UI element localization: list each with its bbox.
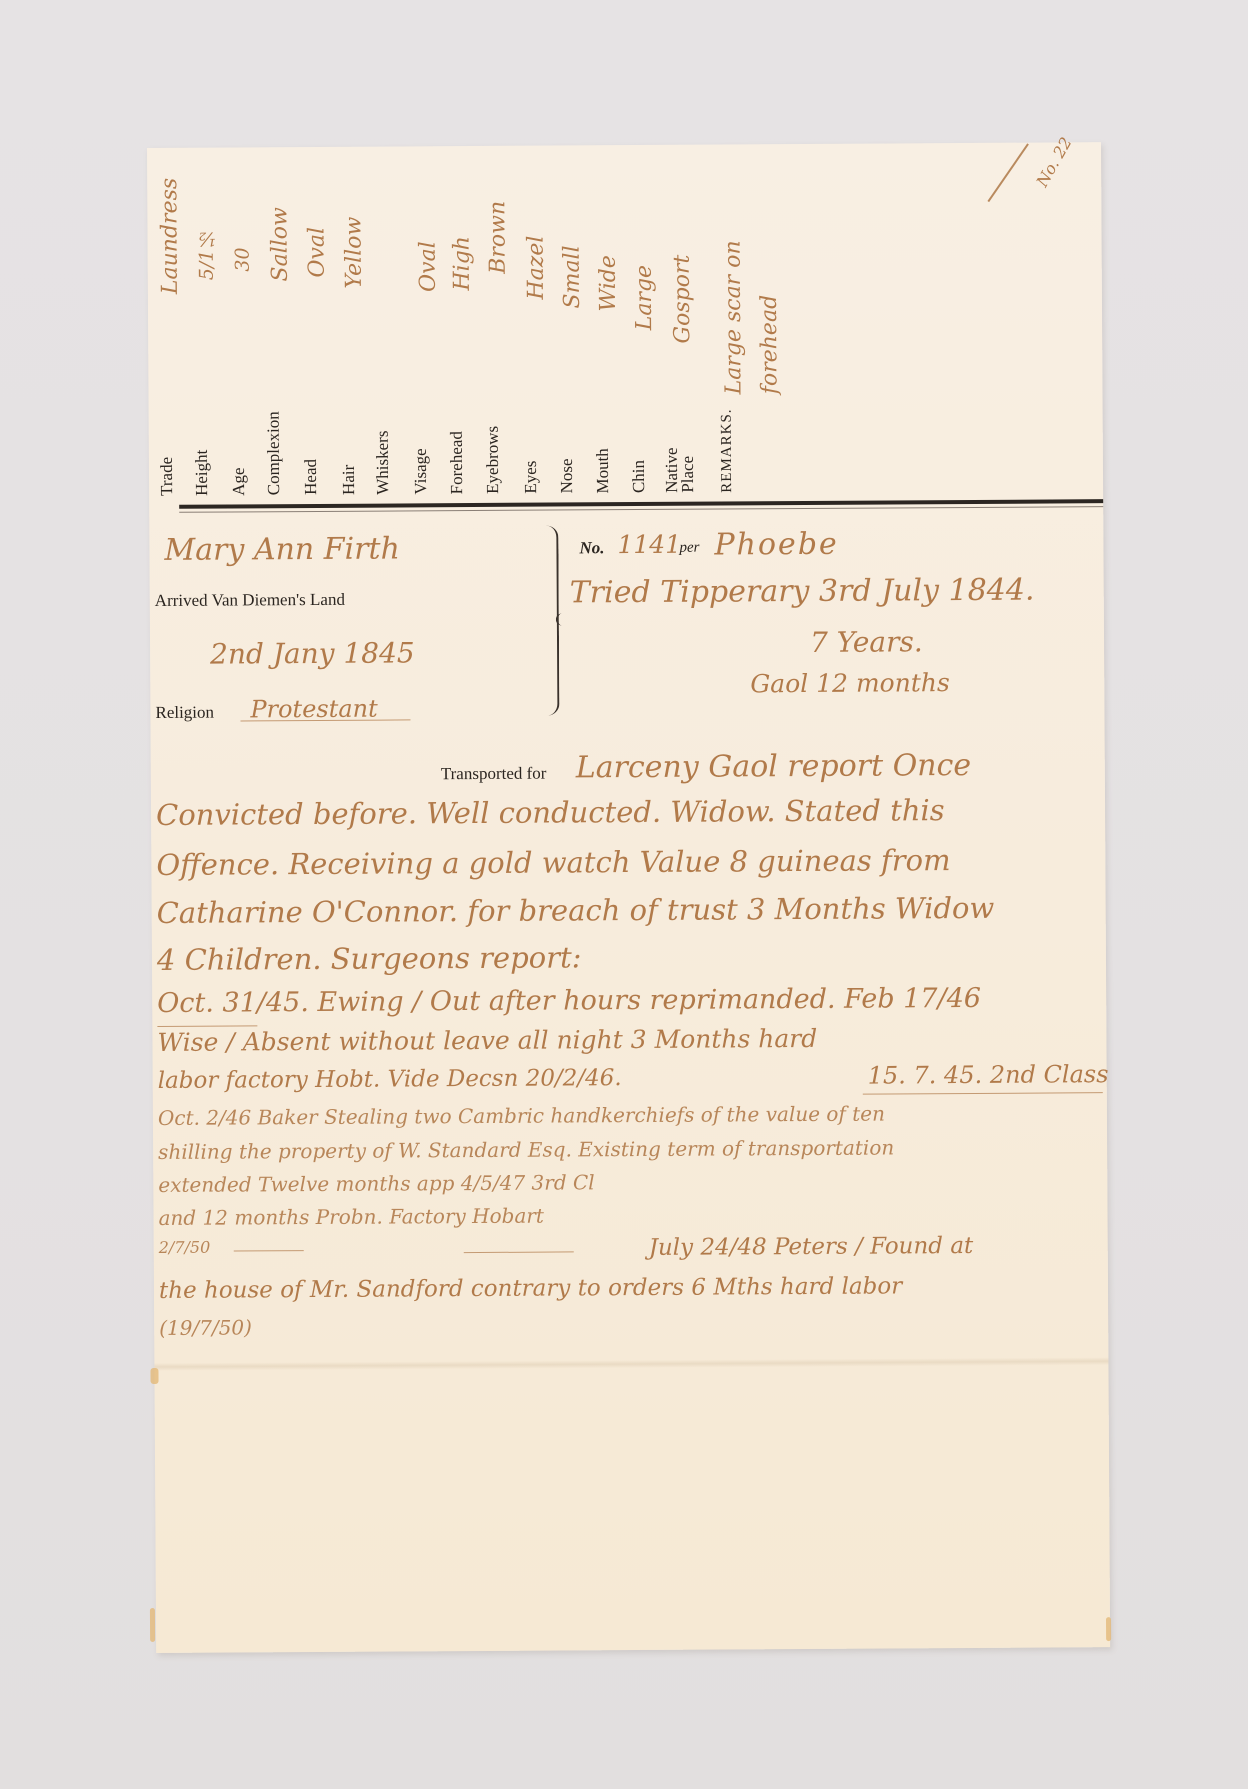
label-hair: Hair [339, 464, 359, 494]
label-eyes: Eyes [521, 461, 541, 494]
label-forehead: Forehead [447, 431, 467, 494]
convict-number: 1141 [617, 530, 681, 559]
religion-label: Religion [155, 703, 214, 723]
ship-name: Phoebe [714, 527, 838, 563]
conduct-line-11: (19/7/50) [159, 1315, 252, 1340]
value-nose: Small [560, 245, 585, 308]
value-mouth: Wide [596, 255, 621, 312]
paper-fold [154, 1357, 1108, 1371]
conduct-line-6: extended Twelve months app 4/5/47 3rd Cl [158, 1170, 594, 1197]
label-mouth: Mouth [593, 448, 613, 493]
label-whiskers: Whiskers [373, 430, 393, 494]
value-chin: Large [632, 265, 657, 331]
value-complexion: Sallow [267, 207, 292, 281]
edge-stain-1 [150, 1368, 158, 1384]
conduct-line-1: Oct. 31/45. Ewing / Out after hours repr… [157, 983, 981, 1019]
edge-stain-3 [1106, 1617, 1111, 1641]
conduct-line-3: labor factory Hobt. Vide Decsn 20/2/46. [158, 1065, 622, 1094]
label-eyebrows: Eyebrows [483, 426, 503, 494]
separator-line-2 [464, 1251, 574, 1253]
label-complexion: Complexion [264, 411, 285, 495]
label-nose: Nose [557, 458, 577, 493]
separator-line-1 [234, 1250, 304, 1251]
identity-brace [542, 525, 559, 715]
value-height: 5/1½ [195, 228, 217, 281]
convict-name: Mary Ann Firth [164, 531, 400, 567]
description-header: Trade Height Age Complexion Head Hair Wh… [147, 142, 1101, 148]
arrived-label: Arrived Van Diemen's Land [155, 590, 345, 611]
conduct-line-2: Wise / Absent without leave all night 3 … [157, 1024, 817, 1057]
label-trade: Trade [157, 457, 177, 496]
label-head: Head [301, 459, 321, 495]
label-native-place: Native Place [664, 413, 700, 493]
value-eyes: Hazel [524, 236, 549, 300]
conduct-line-8: 2/7/50 [159, 1238, 211, 1257]
transported-line-2: Convicted before. Well conducted. Widow.… [156, 793, 945, 832]
conduct-line-7: and 12 months Probn. Factory Hobart [158, 1204, 544, 1230]
conduct-line-5: shilling the property of W. Standard Esq… [158, 1135, 894, 1163]
value-head: Oval [304, 227, 329, 278]
convict-record-sheet: No. 22 Trade Height Age Complexion Head … [147, 142, 1110, 1653]
folio-stroke [987, 143, 1028, 202]
conduct-line-9: July 24/48 Peters / Found at [649, 1233, 974, 1261]
label-chin: Chin [629, 460, 649, 493]
value-trade: Laundress [157, 178, 183, 294]
description-values: Laundress 5/1½ 30 Sallow Oval Yellow Ova… [147, 142, 1101, 148]
value-hair: Yellow [341, 217, 366, 289]
label-height: Height [192, 449, 212, 495]
gaol-term: Gaol 12 months [750, 668, 950, 698]
value-remarks: Large scar on forehead [715, 164, 796, 394]
transported-line-1: Larceny Gaol report Once [576, 748, 972, 785]
value-visage: Oval [416, 241, 441, 292]
value-eyebrows: Brown [485, 201, 510, 274]
label-visage: Visage [411, 448, 431, 494]
transported-line-5: 4 Children. Surgeons report: [157, 940, 582, 977]
class-note-underline [863, 1092, 1103, 1094]
label-remarks: REMARKS. [719, 408, 737, 492]
transported-line-4: Catharine O'Connor. for breach of trust … [157, 891, 995, 930]
label-age: Age [229, 467, 249, 495]
folio-number: No. 22 [1032, 134, 1075, 190]
value-forehead: High [450, 236, 475, 291]
tried-line: Tried Tipperary 3rd July 1844. [570, 573, 1035, 611]
sentence: 7 Years. [810, 625, 923, 659]
arrived-date: 2nd Jany 1845 [210, 636, 415, 670]
class-margin-note: 15. 7. 45. 2nd Class [868, 1060, 1109, 1089]
transported-label: Transported for [441, 764, 547, 785]
per-label: per [679, 540, 699, 557]
conduct-line-10: the house of Mr. Sandford contrary to or… [159, 1273, 902, 1304]
value-native-place: Gosport [670, 255, 696, 344]
transported-line-3: Offence. Receiving a gold watch Value 8 … [156, 843, 950, 882]
conduct-line-4: Oct. 2/46 Baker Stealing two Cambric han… [158, 1102, 885, 1130]
edge-stain-2 [150, 1608, 155, 1642]
value-age: 30 [232, 247, 254, 271]
no-label: No. [579, 538, 604, 558]
